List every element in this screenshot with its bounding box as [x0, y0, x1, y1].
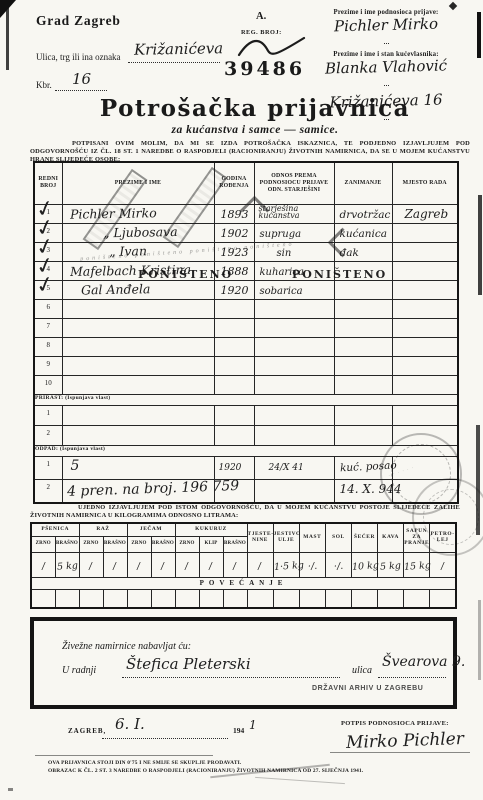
cell-name [62, 406, 214, 426]
empty-cell [378, 589, 404, 608]
col-tjestenine: TJESTE-NINE [247, 523, 273, 552]
cell-relation: supruga [254, 224, 334, 243]
underline [384, 85, 389, 86]
value-cell: / [31, 552, 55, 577]
year-printed: 194 [233, 726, 244, 735]
cancellation-stamp: PONIŠTENO [292, 268, 387, 281]
sub-brasno: BRAŠNO [55, 536, 79, 552]
cell-name [62, 338, 214, 357]
group-psenica: PŠENICA [31, 523, 79, 536]
cell-place [392, 281, 458, 300]
cell-year [214, 376, 254, 395]
cell-name [62, 426, 214, 446]
col-petrolej: PETRO-LEJ [430, 523, 456, 552]
street-label: Ulica, trg ili ina oznaka [36, 52, 121, 62]
scan-artifact-smudge2 [255, 777, 345, 784]
table-row: 6 [34, 300, 458, 319]
supplies-empty-row [31, 589, 456, 608]
sub-klip: KLIP [199, 536, 223, 552]
sub-zrno: ZRNO [175, 536, 199, 552]
cell-occupation [334, 338, 392, 357]
section-letter: A. [256, 11, 266, 22]
empty-cell [151, 589, 175, 608]
empty-cell [404, 589, 430, 608]
cell-occupation [334, 319, 392, 338]
cell-occupation [334, 426, 392, 446]
house-number-value-handwritten: 16 [72, 70, 91, 88]
value-cell: / [223, 552, 247, 577]
value-cell: / [103, 552, 127, 577]
table-row: 5✓ Gal Anđela 1920 sobarica [34, 281, 458, 300]
city-title: Grad Zagreb [36, 13, 121, 29]
empty-cell [273, 589, 299, 608]
shop-underline [122, 677, 340, 678]
cell-year [214, 300, 254, 319]
street-value-handwritten: Križanićeva [134, 39, 223, 59]
cell-relation [254, 300, 334, 319]
cell-place [392, 300, 458, 319]
shop-street-value-handwritten: Švearova 9. [382, 654, 465, 670]
col-secer: ŠEĆER [351, 523, 377, 552]
supplies-group-header-row: PŠENICA RAŽ JEČAM KUKURUZ TJESTE-NINE JE… [31, 523, 456, 536]
value-cell: / [127, 552, 151, 577]
cell-no: 5✓ [34, 281, 62, 300]
sub-brasno: BRAŠNO [103, 536, 127, 552]
cell-no: 2 [34, 480, 62, 503]
empty-cell [430, 589, 456, 608]
cell-place [392, 376, 458, 395]
empty-cell [79, 589, 103, 608]
cell-occupation: drvotržac [334, 204, 392, 224]
cell-occupation [334, 300, 392, 319]
table-row: 7 [34, 319, 458, 338]
value-cell: / [430, 552, 456, 577]
purchase-intro: Živežne namirnice nabavljat ću: [62, 641, 191, 652]
sub-brasno: BRAŠNO [151, 536, 175, 552]
scan-artifact-left-bar [6, 0, 9, 70]
empty-cell [199, 589, 223, 608]
cell-name: 5 [62, 457, 214, 480]
col-mast: MAST [299, 523, 325, 552]
cell-place [392, 406, 458, 426]
cell-no: 8 [34, 338, 62, 357]
scan-artifact-speck [8, 788, 13, 791]
group-raz: RAŽ [79, 523, 127, 536]
value-cell: 10 kg [351, 552, 377, 577]
cell-place [392, 224, 458, 243]
archive-stamp: DRŽAVNI ARHIV U ZAGREBU [312, 685, 423, 692]
cell-no: 6 [34, 300, 62, 319]
cell-relation [254, 406, 334, 426]
shop-street-label: ulica [352, 665, 372, 676]
table-row: 8 [34, 338, 458, 357]
cell-relation [254, 338, 334, 357]
empty-cell [127, 589, 151, 608]
scan-artifact-right-dash [477, 12, 481, 58]
col-sol: SOL [325, 523, 351, 552]
value-cell: / [199, 552, 223, 577]
shop-street-underline [378, 677, 446, 678]
cell-year: 1902 [214, 224, 254, 243]
empty-cell [223, 589, 247, 608]
cell-place [392, 319, 458, 338]
purchase-box: Živežne namirnice nabavljat ću: U radnji… [30, 617, 457, 709]
scan-artifact-right-bar1 [478, 195, 482, 295]
footer-place-label: ZAGREB, [68, 727, 106, 735]
cell-place [392, 243, 458, 262]
col-header-mjesto-rada: MJESTO RADA [392, 162, 458, 204]
group-kukuruz: KUKURUZ [175, 523, 247, 536]
cell-occupation [334, 281, 392, 300]
footer-note-2: OBRAZAC K ČL. 2 ST. 3 NAREDBE O RASPODJE… [48, 767, 363, 775]
scan-artifact-right-bar3 [478, 600, 481, 680]
cell-relation [254, 426, 334, 446]
house-number-label: Kbr. [36, 80, 52, 90]
underline [384, 43, 389, 44]
prirast-section-row: PRIRAST: (Ispunjava vlast) [34, 395, 458, 406]
cell-relation [254, 357, 334, 376]
empty-cell [31, 589, 55, 608]
cell-year [214, 426, 254, 446]
cell-name: 4 pren. na broj. 196 759 [62, 480, 214, 503]
cell-no: 2 [34, 426, 62, 446]
street-underline [128, 62, 220, 63]
cell-place: Zagreb [392, 204, 458, 224]
value-cell: / [151, 552, 175, 577]
col-header-odnos: ODNOS PREMA PODNOSIOCU PRIJAVE ODN. STAR… [254, 162, 334, 204]
prirast-label: PRIRAST: (Ispunjava vlast) [34, 395, 458, 406]
empty-cell [55, 589, 79, 608]
empty-cell [299, 589, 325, 608]
cell-year: 1920 [214, 457, 254, 480]
sub-zrno: ZRNO [127, 536, 151, 552]
signature-label: POTPIS PODNOSIOCA PRIJAVE: [341, 720, 449, 727]
cell-year [214, 338, 254, 357]
empty-cell [103, 589, 127, 608]
cell-year [214, 480, 254, 503]
value-cell: / [247, 552, 273, 577]
povecanje-row: POVEĆANJE [31, 577, 456, 589]
shop-label: U radnji [62, 665, 96, 676]
cell-relation [254, 376, 334, 395]
cell-year [214, 319, 254, 338]
cell-year [214, 406, 254, 426]
table-row: 9 [34, 357, 458, 376]
cell-name [62, 376, 214, 395]
cell-occupation [334, 357, 392, 376]
owner-name-handwritten: Blanka Vlahović [300, 56, 472, 76]
col-jestivo-ulje: JESTIVO ULJE [273, 523, 299, 552]
cell-no: 1 [34, 457, 62, 480]
signature-rule [330, 752, 470, 753]
col-sapun: SAPUN ZA PRANJE [404, 523, 430, 552]
cell-place [392, 262, 458, 281]
shop-value-handwritten: Štefica Pleterski [126, 655, 251, 673]
cell-place [392, 357, 458, 376]
cell-no: 10 [34, 376, 62, 395]
sub-zrno: ZRNO [31, 536, 55, 552]
cell-relation: sobarica [254, 281, 334, 300]
notes-rule [35, 755, 213, 756]
value-cell: / [79, 552, 103, 577]
table-row: 10 [34, 376, 458, 395]
form-title: Potrošačka prijavnica [45, 95, 465, 122]
cell-relation: 24/X 41 [254, 457, 334, 480]
empty-cell [175, 589, 199, 608]
declaration-paragraph-2: UJEDNO IZJAVLJUJEM POD ISTOM ODGOVORNOŠĆ… [30, 504, 460, 520]
value-cell: / [175, 552, 199, 577]
cancellation-stamp: PONIŠTENO [138, 268, 233, 281]
col-header-zanimanje: ZANIMANJE [334, 162, 392, 204]
cell-place [392, 338, 458, 357]
empty-cell [247, 589, 273, 608]
cell-year: 1920 [214, 281, 254, 300]
table-row: 4✓ Mafelbach Kristina 1888 kuharica [34, 262, 458, 281]
value-cell: 5 kg [55, 552, 79, 577]
date-handwritten: 6. I. [115, 715, 145, 733]
cell-name [62, 357, 214, 376]
cell-no: 1 [34, 406, 62, 426]
cell-no: 9 [34, 357, 62, 376]
sub-zrno: ZRNO [79, 536, 103, 552]
povecanje-label: POVEĆANJE [31, 577, 456, 589]
signature-handwritten: Mirko Pichler [346, 729, 465, 753]
applicant-name-handwritten: Pichler Mirko [300, 14, 472, 34]
cell-no: 7 [34, 319, 62, 338]
cell-year [214, 357, 254, 376]
empty-cell [351, 589, 377, 608]
value-cell: 5 kg [378, 552, 404, 577]
empty-cell [325, 589, 351, 608]
supplies-values-row: / 5 kg / / / / / / / / 1·5 kg ·/. ·/. 10… [31, 552, 456, 577]
cell-relation [254, 319, 334, 338]
cell-relation [254, 480, 334, 503]
table-row: 1 [34, 406, 458, 426]
table-header-row: REDNI BROJ PREZIME I IME GODINA ROĐENJA … [34, 162, 458, 204]
cell-name: Gal Anđela [62, 281, 214, 300]
cell-name [62, 300, 214, 319]
value-cell: 15 kg [404, 552, 430, 577]
year-handwritten: 1 [249, 718, 257, 732]
value-cell: 1·5 kg [273, 552, 299, 577]
scanned-form-page: Grad Zagreb Ulica, trg ili ina oznaka Kr… [0, 0, 483, 800]
form-subtitle: za kućanstva i samce — samice. [45, 124, 465, 136]
house-number-underline [55, 90, 107, 91]
cell-name [62, 319, 214, 338]
footer-note-1: OVA PRIJAVNICA STOJI DIN 0'75 I NE SMIJE… [48, 759, 241, 767]
cell-occupation [334, 376, 392, 395]
group-jecam: JEČAM [127, 523, 175, 536]
supplies-table: PŠENICA RAŽ JEČAM KUKURUZ TJESTE-NINE JE… [30, 522, 457, 609]
cell-occupation [334, 406, 392, 426]
registration-number: 39486 [224, 58, 305, 80]
value-cell: ·/. [325, 552, 351, 577]
date-underline [102, 738, 228, 739]
col-kava: KAVA [378, 523, 404, 552]
sub-brasno: BRAŠNO [223, 536, 247, 552]
